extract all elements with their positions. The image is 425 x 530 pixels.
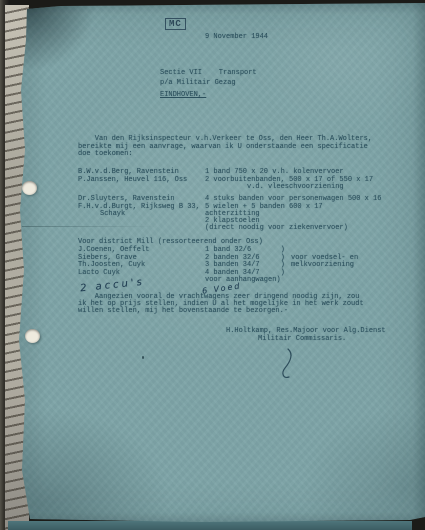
address-line-3: EINDHOVEN,- (160, 92, 206, 100)
date-line: 9 November 1944 (205, 34, 268, 42)
closing-line-3: willen stellen, mij het bovenstaande te … (78, 308, 288, 316)
handwriting-note-left: 2 accu's (80, 277, 146, 295)
signature-flourish-pen-stroke (270, 348, 298, 382)
requester-name-4b: Schayk (100, 211, 125, 219)
signature-line-2: Militair Commissaris. (258, 336, 346, 344)
requester-name-4: F.H.v.d.Burgt, Rijksweg B 33, (78, 204, 200, 212)
request-item-2b: v.d. vleeschvoorziening (247, 184, 344, 192)
intro-line-3: doe toekomen: (78, 151, 133, 159)
requester-name-2: P.Janssen, Heuvel 116, Oss (78, 177, 187, 185)
crease-line (22, 226, 157, 227)
bottom-page-edge (8, 521, 412, 530)
letter-paper: MC 9 November 1944 Sectie VII Transport … (0, 0, 425, 530)
mc-stamp: MC (165, 18, 186, 30)
district-requester-4: Lacto Cuyk (78, 270, 120, 278)
address-line-1: Sectie VII Transport (160, 70, 257, 78)
punch-hole-top (22, 181, 37, 195)
punch-hole-bottom (25, 329, 40, 343)
request-item-4d: (direct noodig voor ziekenvervoer) (205, 225, 348, 233)
address-line-2: p/a Militair Gezag (160, 80, 236, 88)
pen-mark-dot (142, 356, 144, 359)
bracket-note-2: melkvoorziening (291, 262, 354, 270)
district-item-5: voor aanhangwagen) (205, 277, 281, 285)
document-scan: MC 9 November 1944 Sectie VII Transport … (0, 0, 425, 530)
